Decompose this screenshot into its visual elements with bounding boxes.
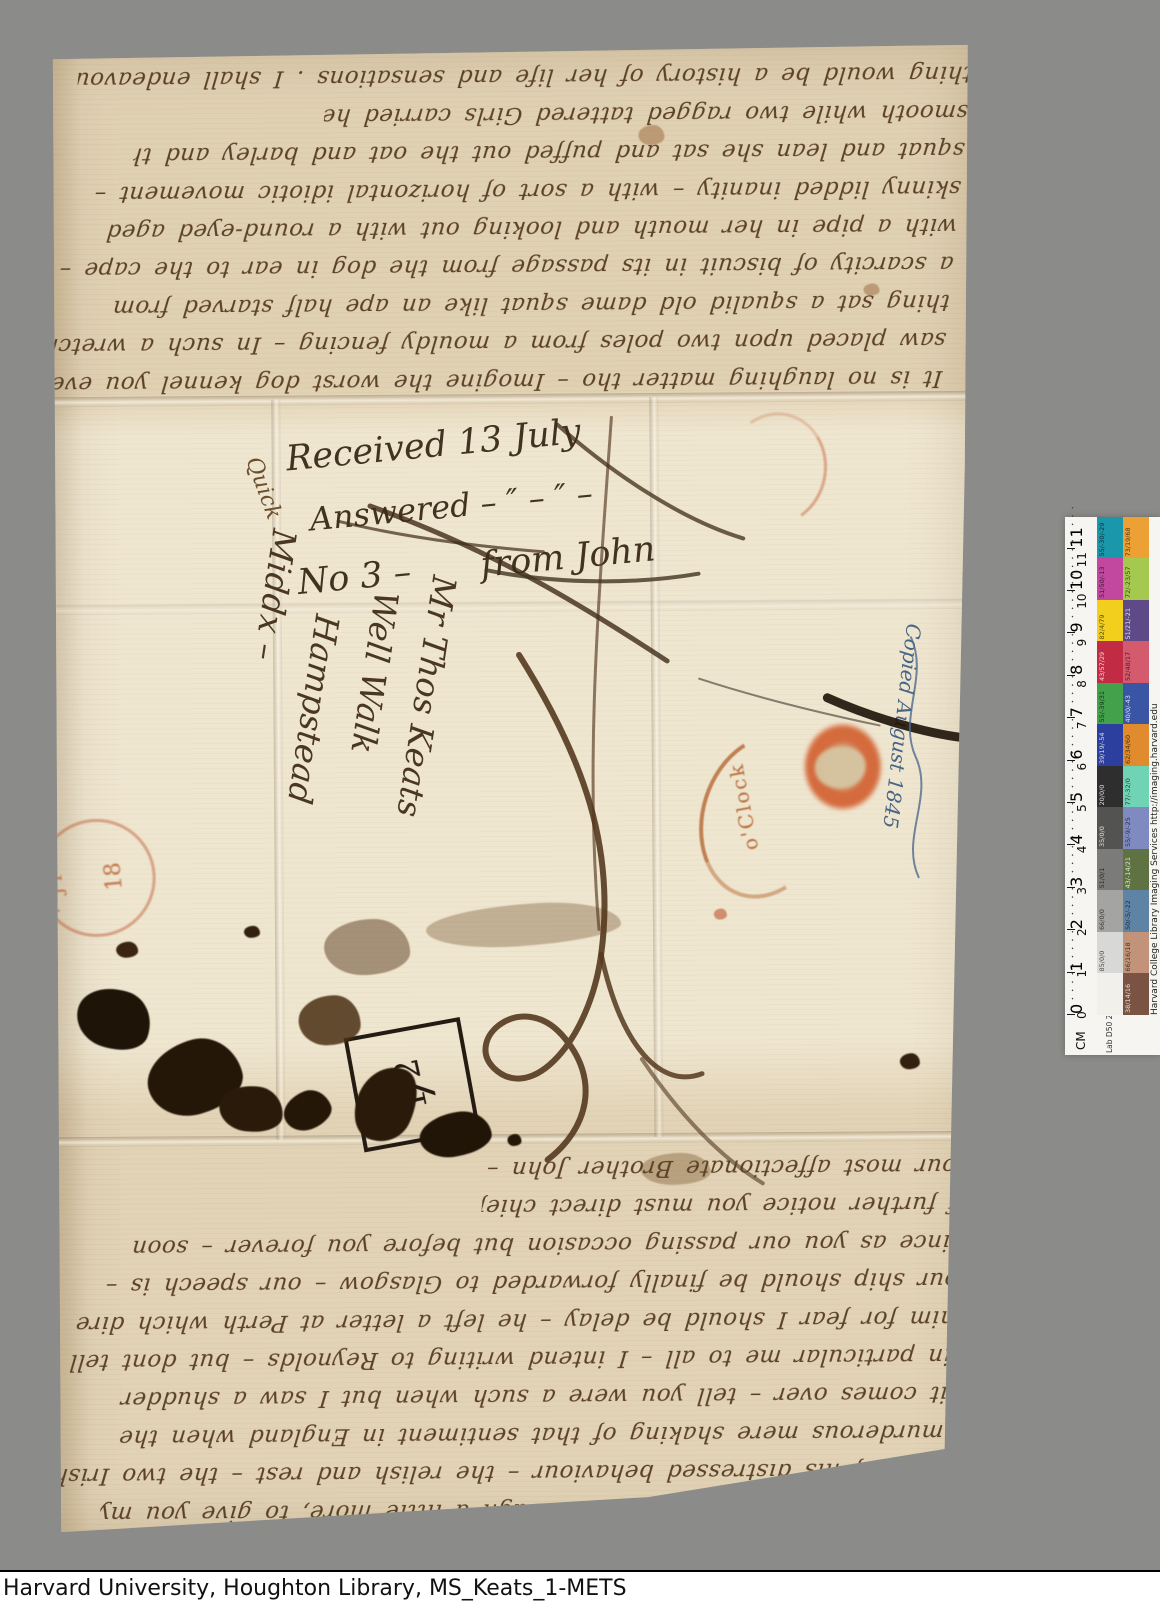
ruler-number: 10 <box>1075 580 1089 621</box>
ink-blot <box>69 978 160 1060</box>
handwriting-line: saw placed upon two poles from a mouldy … <box>50 321 948 365</box>
fold-crease-horizontal-middle <box>54 599 974 615</box>
stain <box>638 125 664 145</box>
stain <box>714 909 727 920</box>
red-date-postmark: · JY · 18 <box>32 814 161 943</box>
postmark-month: · JY · <box>42 825 72 938</box>
color-patch: 77/-32/0 <box>1123 766 1149 808</box>
ruler-number: 1 <box>1075 953 1089 994</box>
handwriting-line: in particular me to all – I intend writi… <box>69 1337 953 1381</box>
stain <box>863 283 879 295</box>
handwriting-line: your most affectionate Brother John – <box>88 1147 972 1191</box>
handwriting-line: idea of his distressed behaviour – the r… <box>58 1451 942 1495</box>
ruler-number: 6 <box>1075 746 1089 787</box>
color-patch: 82/4/79 <box>1097 600 1123 642</box>
ink-speck <box>244 926 260 938</box>
color-patch: 55/-9/-25 <box>1123 808 1149 850</box>
color-patch: 38/14/16 <box>1123 974 1149 1016</box>
color-patch: 40/0/-43 <box>1123 683 1149 725</box>
verso-top-text: It is no laughing matter tho – Imogine t… <box>46 55 974 403</box>
color-patch: 51/21/-21 <box>1123 600 1149 642</box>
handwriting-line: skinny lidded inanity – with a sort of h… <box>65 169 963 213</box>
color-patch: 55/-39/31 <box>1097 683 1123 725</box>
ink-smudge <box>324 919 410 976</box>
ruler-number: 5 <box>1075 787 1089 828</box>
postmark-day: 18 <box>96 819 131 933</box>
color-calibration-bar: CM 01234567891011 01234567891011 Lab D50… <box>1065 517 1160 1055</box>
handwriting-line: a scarcity of biscuit in its passage fro… <box>58 245 956 289</box>
verso-bottom-text: when I know men and have though a little… <box>54 1145 971 1533</box>
ink-speck <box>900 1053 920 1069</box>
handwriting-line: since as you our passing occasion but be… <box>80 1223 964 1267</box>
caption-bar: Harvard University, Houghton Library, MS… <box>0 1570 1160 1608</box>
ruler-ticks: 01234567891011 <box>1067 506 1075 1015</box>
handwriting-line: if further notice you must direct chief … <box>480 1185 968 1226</box>
color-patch: 43/-14/21 <box>1123 849 1149 891</box>
ink-speck <box>507 1134 521 1146</box>
ink-blot <box>278 1084 336 1136</box>
handwriting-line: thing sat a squalid old dame squat like … <box>54 283 952 327</box>
handwriting-line: it comes over – tell you were a such whe… <box>65 1375 949 1419</box>
faint-red-postmark-arc <box>714 403 837 535</box>
color-patch: 51/0/1 <box>1097 849 1123 891</box>
color-patch: 85/0/0 <box>1097 932 1123 974</box>
color-patch <box>1097 974 1123 1016</box>
ruler-numbers: 01234567891011 <box>1075 539 1089 1055</box>
color-patch: 39/19/-54 <box>1097 725 1123 767</box>
handwriting-line: squat and lean she sat and puffed out th… <box>131 131 966 175</box>
color-patch: 66/0/0 <box>1097 891 1123 933</box>
handwriting-line: when I know men and have though a little… <box>98 1489 938 1533</box>
docket-sender: from John <box>479 529 657 585</box>
ruler-number: 7 <box>1075 705 1089 746</box>
handwriting-line: with a pipe in her mouth and looking out… <box>61 207 959 251</box>
color-patch: 35/0/0 <box>1097 808 1123 850</box>
ruler-number: 0 <box>1075 994 1089 1035</box>
caption-text: Harvard University, Houghton Library, MS… <box>3 1576 627 1601</box>
color-patch: 50/-5/-22 <box>1123 891 1149 933</box>
ruler-number: 3 <box>1075 870 1089 911</box>
scan-viewport: It is no laughing matter tho – Imogine t… <box>0 0 1160 1608</box>
ink-smudge <box>425 898 622 951</box>
ruler-number: 11 <box>1075 539 1089 580</box>
color-patch: 66/16/18 <box>1123 932 1149 974</box>
color-patch: 20/0/0 <box>1097 766 1123 808</box>
ruler-number: 4 <box>1075 829 1089 870</box>
ruler-number: 8 <box>1075 663 1089 704</box>
handwriting-line: murderous mere shaking of that sentiment… <box>62 1413 946 1457</box>
ink-speck <box>116 942 138 958</box>
ink-blot <box>298 995 360 1045</box>
ruler-number: 9 <box>1075 622 1089 663</box>
handwriting-line: thing would be a history of her life and… <box>76 55 974 99</box>
color-patch: 62/34/60 <box>1123 725 1149 767</box>
ruler-number: 2 <box>1075 912 1089 953</box>
color-patch-row-1: 85/0/066/0/051/0/135/0/020/0/039/19/-545… <box>1097 517 1123 1015</box>
handwriting-line: our ship should be finally forwarded to … <box>76 1261 960 1305</box>
letter-sheet: It is no laughing matter tho – Imogine t… <box>50 43 980 1536</box>
wax-seal-remnant <box>796 715 889 818</box>
imaging-services-attribution: Harvard College Library Imaging Services… <box>1150 703 1160 1015</box>
blue-annotation: Copied August 1845 <box>878 622 926 830</box>
color-patch: 72/-23/57 <box>1123 559 1149 601</box>
color-patch: 55/-30/-29 <box>1097 517 1123 559</box>
color-patch: 51/50/-13 <box>1097 559 1123 601</box>
color-patch-row-2: 38/14/1666/16/1850/-5/-2243/-14/2155/-9/… <box>1123 517 1149 1015</box>
handwriting-line: him for fear I should be delay – he left… <box>73 1299 957 1343</box>
color-patch: 73/19/68 <box>1123 517 1149 559</box>
color-patch: 52/48/17 <box>1123 642 1149 684</box>
color-patch: 43/57/29 <box>1097 642 1123 684</box>
lab-reference-label: Lab D50 2° 95/0/2 <box>1105 1016 1114 1053</box>
